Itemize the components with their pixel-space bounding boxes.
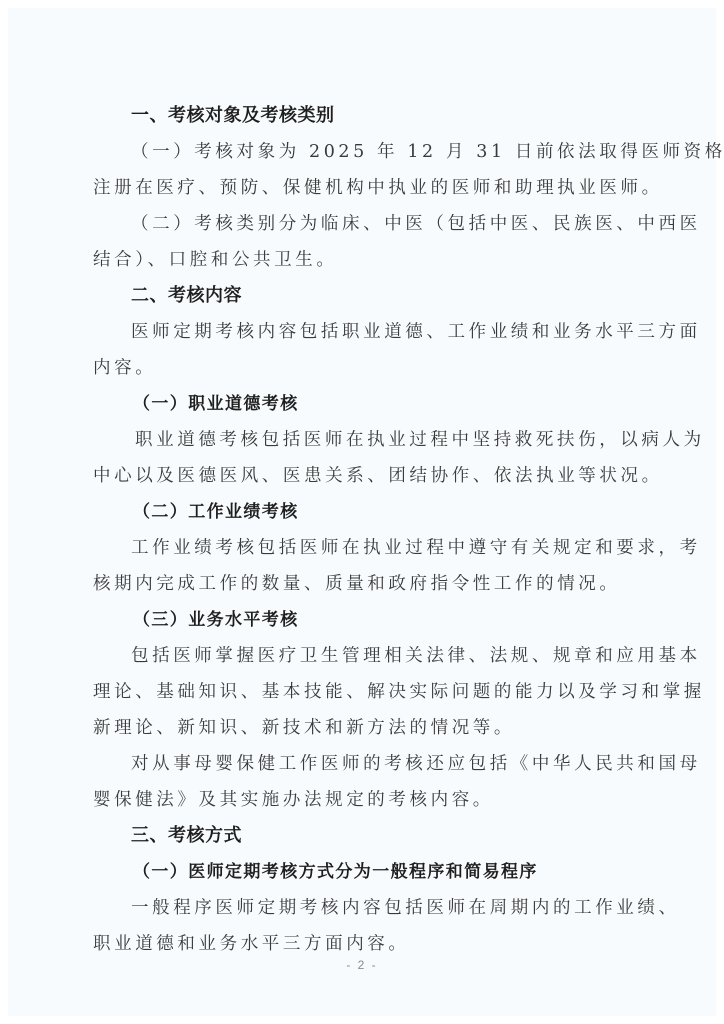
subsection-heading-professional-ethics: （一）职业道德考核 xyxy=(93,386,623,422)
paragraph-line: （二）考核类别分为临床、中医（包括中医、民族医、中西医 xyxy=(93,206,623,242)
section-heading-2: 二、考核内容 xyxy=(93,278,623,314)
paragraph-line: 婴保健法》及其实施办法规定的考核内容。 xyxy=(93,782,623,818)
paragraph-line: 对从事母婴保健工作医师的考核还应包括《中华人民共和国母 xyxy=(93,746,623,782)
paragraph-line: 核期内完成工作的数量、质量和政府指令性工作的情况。 xyxy=(93,566,623,602)
section-heading-3: 三、考核方式 xyxy=(93,818,623,854)
paragraph-line: （一）考核对象为 2025 年 12 月 31 日前依法取得医师资格，经 xyxy=(93,134,623,170)
paragraph-line: 理论、基础知识、基本技能、解决实际问题的能力以及学习和掌握 xyxy=(93,674,623,710)
paragraph-line: 职业道德考核包括医师在执业过程中坚持救死扶伤，以病人为 xyxy=(93,422,623,458)
paragraph-line: 工作业绩考核包括医师在执业过程中遵守有关规定和要求，考 xyxy=(93,530,623,566)
paragraph-line: 结合）、口腔和公共卫生。 xyxy=(93,242,623,278)
paragraph-line: 一般程序医师定期考核内容包括医师在周期内的工作业绩、 xyxy=(93,890,623,926)
document-body: 一、考核对象及考核类别 （一）考核对象为 2025 年 12 月 31 日前依法… xyxy=(93,98,623,962)
section-heading-1: 一、考核对象及考核类别 xyxy=(93,98,623,134)
paragraph-line: 中心以及医德医风、医患关系、团结协作、依法执业等状况。 xyxy=(93,458,623,494)
subsection-heading-work-performance: （二）工作业绩考核 xyxy=(93,494,623,530)
paragraph-line: 包括医师掌握医疗卫生管理相关法律、法规、规章和应用基本 xyxy=(93,638,623,674)
paragraph-line: 注册在医疗、预防、保健机构中执业的医师和助理执业医师。 xyxy=(93,170,623,206)
page-number: - 2 - xyxy=(8,958,716,972)
scan-speck xyxy=(497,900,499,904)
document-page: 一、考核对象及考核类别 （一）考核对象为 2025 年 12 月 31 日前依法… xyxy=(8,8,716,1016)
subsection-heading-professional-level: （三）业务水平考核 xyxy=(93,602,623,638)
paragraph-line: 医师定期考核内容包括职业道德、工作业绩和业务水平三方面 xyxy=(93,314,623,350)
paragraph-line: 新理论、新知识、新技术和新方法的情况等。 xyxy=(93,710,623,746)
paragraph-line: 职业道德和业务水平三方面内容。 xyxy=(93,926,623,962)
paragraph-line: 内容。 xyxy=(93,350,623,386)
subsection-heading-assessment-method: （一）医师定期考核方式分为一般程序和简易程序 xyxy=(93,854,623,890)
